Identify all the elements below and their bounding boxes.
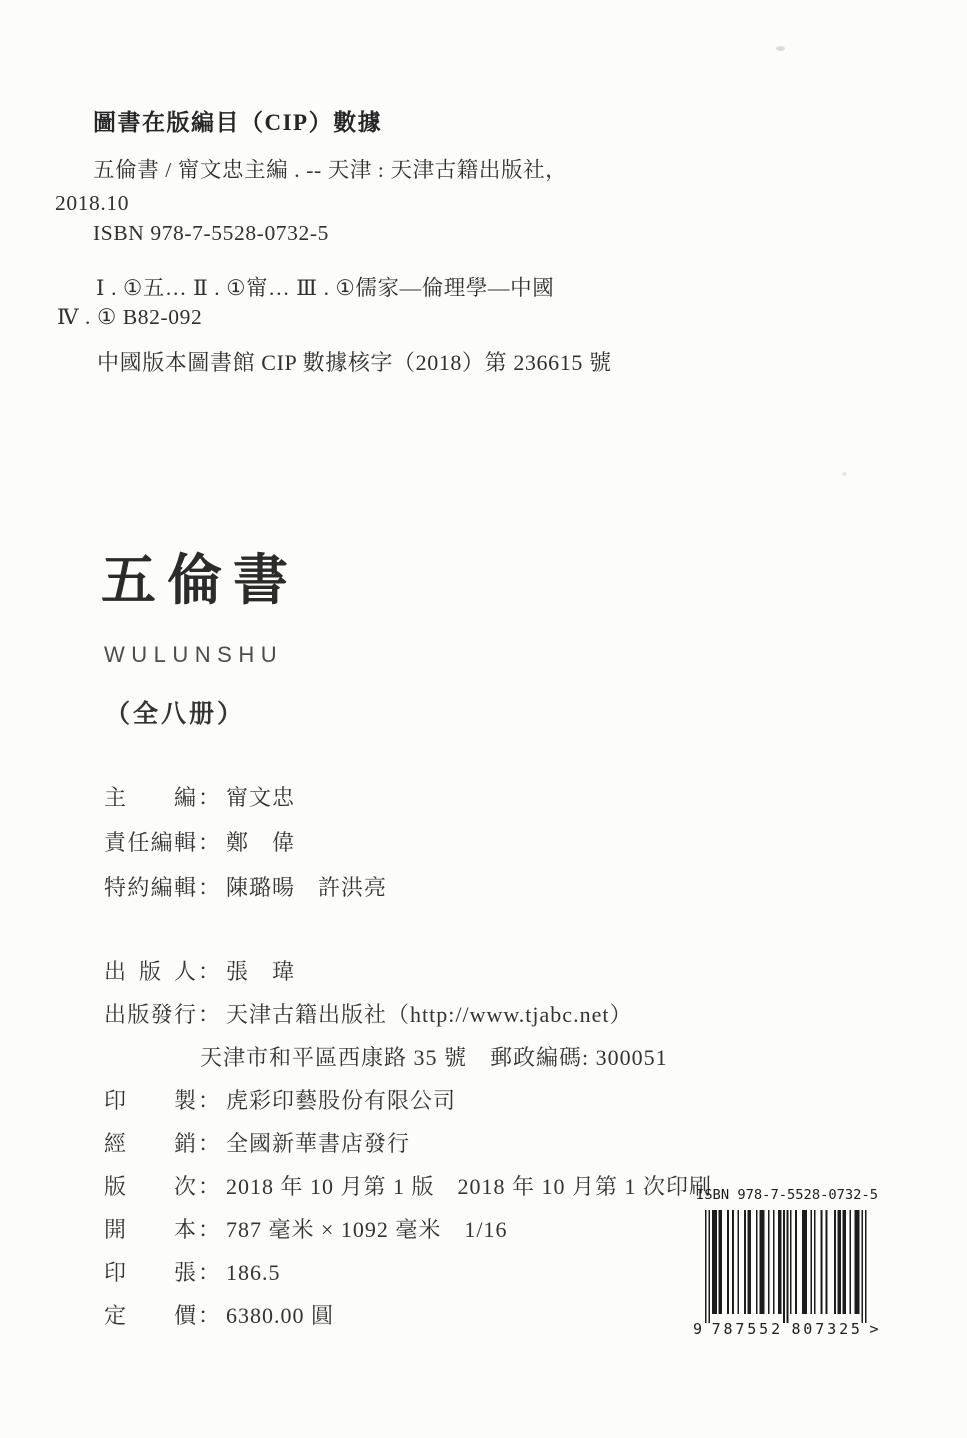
copyright-page: { "cip": { "heading": "圖書在版編目（CIP）數據", "… bbox=[0, 0, 967, 1438]
row-label: 印張 bbox=[104, 1260, 196, 1286]
svg-text:8: 8 bbox=[791, 1320, 800, 1338]
row-value: 陳璐暘 許洪亮 bbox=[226, 875, 387, 901]
barcode-svg: ISBN 978-7-5528-0732-59787552807325> bbox=[688, 1184, 888, 1344]
isbn-barcode: ISBN 978-7-5528-0732-59787552807325> bbox=[688, 1184, 888, 1344]
cip-classification-line-2: Ⅳ . ① B82-092 bbox=[57, 305, 202, 330]
svg-text:2: 2 bbox=[771, 1320, 780, 1338]
svg-text:8: 8 bbox=[723, 1320, 732, 1338]
svg-text:5: 5 bbox=[851, 1320, 860, 1338]
pub-row-edition: 版次：2018 年 10 月第 1 版 2018 年 10 月第 1 次印刷 bbox=[104, 1174, 712, 1200]
pub-row-publisher-person: 出版人：張 瑋 bbox=[104, 959, 712, 985]
editors-section: 主編：甯文忠 責任編輯：鄭 偉 特約編輯：陳璐暘 許洪亮 bbox=[104, 785, 387, 920]
pub-row-price: 定價：6380.00 圓 bbox=[104, 1303, 712, 1329]
svg-text:7: 7 bbox=[735, 1320, 744, 1338]
pub-row-address: 天津市和平區西康路 35 號 郵政編碼: 300051 bbox=[104, 1045, 712, 1071]
pub-row-sheets: 印張：186.5 bbox=[104, 1260, 712, 1286]
row-value: 2018 年 10 月第 1 版 2018 年 10 月第 1 次印刷 bbox=[226, 1174, 712, 1200]
row-label: 開本 bbox=[104, 1217, 196, 1243]
book-title-romanized: WULUNSHU bbox=[104, 642, 283, 668]
cip-record-line-2: 2018.10 bbox=[55, 191, 129, 216]
pub-row-format: 開本：787 毫米 × 1092 毫米 1/16 bbox=[104, 1217, 712, 1243]
row-colon: ： bbox=[198, 1303, 220, 1329]
pub-row-printer: 印製：虎彩印藝股份有限公司 bbox=[104, 1088, 712, 1114]
scan-speck bbox=[842, 472, 847, 476]
svg-text:7: 7 bbox=[815, 1320, 824, 1338]
cip-record-line-3: ISBN 978-7-5528-0732-5 bbox=[93, 221, 329, 246]
volume-note: （全八册） bbox=[105, 694, 245, 730]
svg-text:3: 3 bbox=[827, 1320, 836, 1338]
editor-row-special: 特約編輯：陳璐暘 許洪亮 bbox=[104, 875, 387, 901]
row-colon: ： bbox=[198, 959, 220, 985]
svg-text:0: 0 bbox=[803, 1320, 812, 1338]
row-value: 甯文忠 bbox=[226, 785, 295, 811]
row-colon: ： bbox=[198, 875, 220, 901]
row-value: 張 瑋 bbox=[226, 959, 295, 985]
row-value: 6380.00 圓 bbox=[226, 1303, 334, 1329]
publication-section: 出版人：張 瑋 出版發行：天津古籍出版社（http://www.tjabc.ne… bbox=[104, 959, 712, 1346]
row-colon: ： bbox=[198, 1260, 220, 1286]
editor-row-responsible: 責任編輯：鄭 偉 bbox=[104, 830, 387, 856]
editor-row-chief: 主編：甯文忠 bbox=[104, 785, 387, 811]
pub-row-publisher: 出版發行：天津古籍出版社（http://www.tjabc.net） bbox=[104, 1002, 712, 1028]
row-label: 責任編輯 bbox=[104, 830, 196, 856]
row-value: 天津市和平區西康路 35 號 郵政編碼: 300051 bbox=[200, 1045, 668, 1071]
row-label: 特約編輯 bbox=[104, 875, 196, 901]
row-label: 主編 bbox=[104, 785, 196, 811]
svg-text:2: 2 bbox=[839, 1320, 848, 1338]
row-label: 出版人 bbox=[104, 959, 196, 985]
book-title: 五倫書 bbox=[101, 551, 299, 612]
row-colon: ： bbox=[198, 1088, 220, 1114]
svg-text:5: 5 bbox=[759, 1320, 768, 1338]
row-label: 印製 bbox=[104, 1088, 196, 1114]
row-value: 787 毫米 × 1092 毫米 1/16 bbox=[226, 1217, 508, 1243]
svg-text:9: 9 bbox=[693, 1320, 702, 1338]
row-value: 天津古籍出版社（http://www.tjabc.net） bbox=[226, 1002, 632, 1028]
row-label: 經銷 bbox=[104, 1131, 196, 1157]
row-colon: ： bbox=[198, 785, 220, 811]
cip-record-line-1: 五倫書 / 甯文忠主編 . -- 天津 : 天津古籍出版社， bbox=[93, 153, 567, 184]
svg-text:5: 5 bbox=[747, 1320, 756, 1338]
row-colon: ： bbox=[198, 1002, 220, 1028]
row-colon: ： bbox=[198, 1174, 220, 1200]
row-label: 版次 bbox=[104, 1174, 196, 1200]
cip-registry-line: 中國版本圖書館 CIP 數據核字（2018）第 236615 號 bbox=[97, 346, 612, 377]
row-value: 186.5 bbox=[226, 1260, 281, 1286]
svg-text:ISBN 978-7-5528-0732-5: ISBN 978-7-5528-0732-5 bbox=[696, 1187, 878, 1203]
row-value: 全國新華書店發行 bbox=[226, 1131, 410, 1157]
row-value: 虎彩印藝股份有限公司 bbox=[226, 1088, 456, 1114]
row-colon: ： bbox=[198, 830, 220, 856]
svg-text:7: 7 bbox=[712, 1320, 721, 1338]
row-label: 出版發行 bbox=[104, 1002, 196, 1028]
row-value: 鄭 偉 bbox=[226, 830, 295, 856]
cip-heading: 圖書在版編目（CIP）數據 bbox=[93, 104, 382, 137]
svg-text:>: > bbox=[870, 1320, 879, 1338]
row-colon: ： bbox=[198, 1131, 220, 1157]
row-label: 定價 bbox=[104, 1303, 196, 1329]
row-colon: ： bbox=[198, 1217, 220, 1243]
pub-row-distributor: 經銷：全國新華書店發行 bbox=[104, 1131, 712, 1157]
scan-speck bbox=[776, 46, 785, 51]
cip-classification-line-1: Ⅰ . ①五… Ⅱ . ①甯… Ⅲ . ①儒家—倫理學—中國 bbox=[96, 271, 554, 302]
